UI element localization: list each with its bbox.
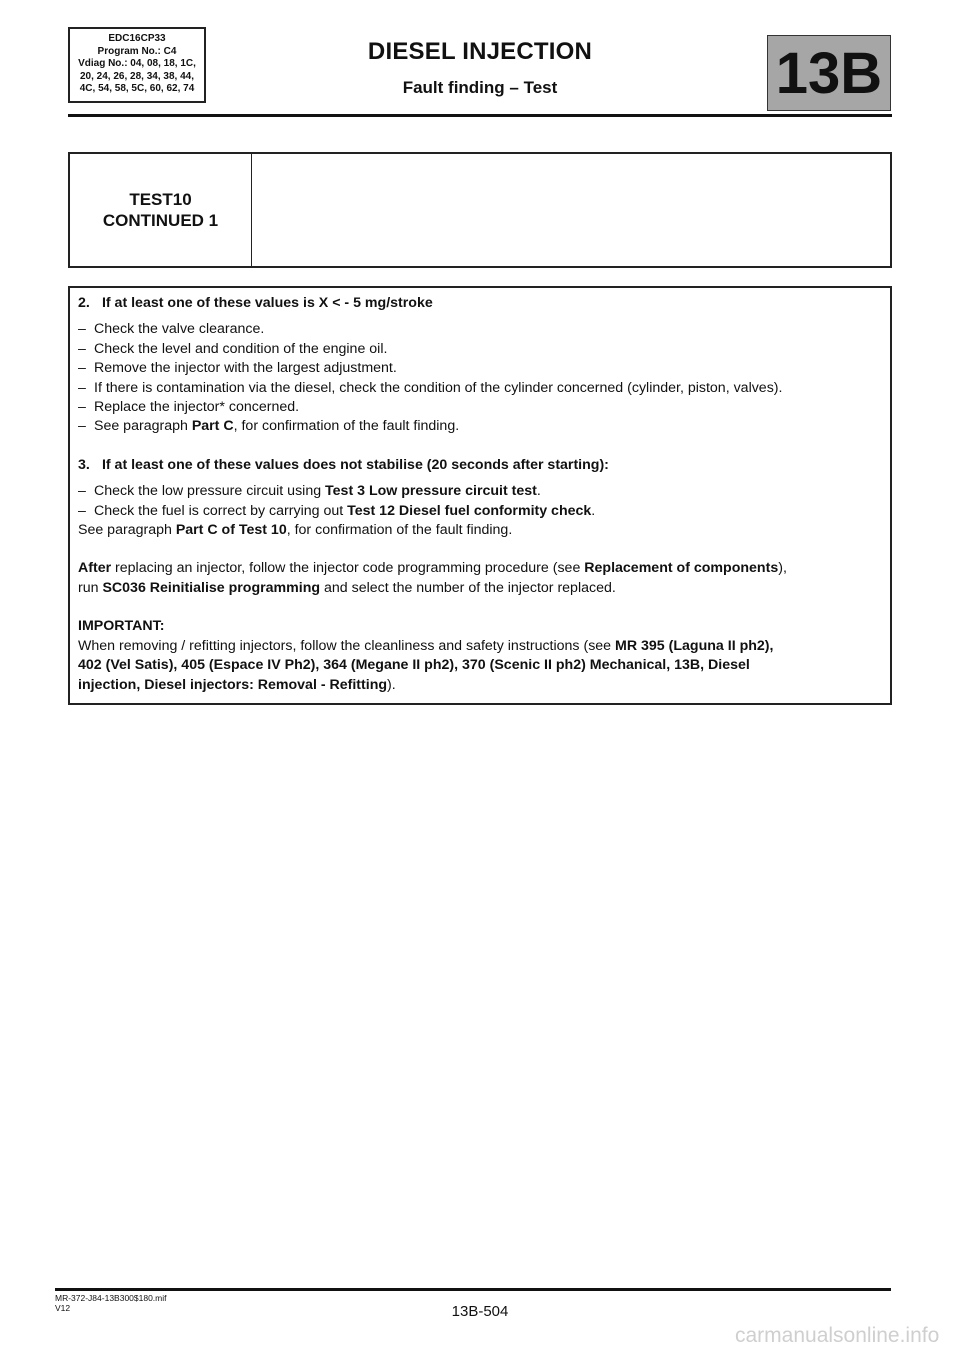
important-text-cont: 402 (Vel Satis), 405 (Espace IV Ph2), 36…: [78, 656, 880, 675]
program-number: Program No.: C4: [70, 46, 204, 59]
section-3-heading: 3. If at least one of these values does …: [78, 456, 880, 475]
vdiag-line-2: 20, 24, 26, 28, 34, 38, 44,: [70, 71, 204, 84]
part-c-reference: Part C: [192, 418, 234, 434]
test-number: TEST10: [129, 189, 191, 210]
instructions-box: 2. If at least one of these values is X …: [68, 286, 892, 705]
list-item: –Check the level and condition of the en…: [78, 340, 880, 359]
header-divider: [68, 114, 892, 117]
source-file: MR-372-J84-13B300$180.mif: [55, 1293, 167, 1303]
vdiag-line-1: Vdiag No.: 04, 08, 18, 1C,: [70, 58, 204, 71]
list-item: –Check the fuel is correct by carrying o…: [78, 502, 880, 521]
list-item: –See paragraph Part C, for confirmation …: [78, 417, 880, 436]
vdiag-line-3: 4C, 54, 58, 5C, 60, 62, 74: [70, 83, 204, 96]
page-title: DIESEL INJECTION: [300, 38, 660, 66]
list-item: –Replace the injector* concerned.: [78, 398, 880, 417]
footer-file-info: MR-372-J84-13B300$180.mif V12: [55, 1293, 167, 1313]
list-item: –If there is contamination via the diese…: [78, 379, 880, 398]
test-12-reference: Test 12 Diesel fuel conformity check: [347, 503, 591, 519]
after-replacement-note-cont: run SC036 Reinitialise programming and s…: [78, 579, 880, 598]
after-replacement-note: After replacing an injector, follow the …: [78, 559, 880, 578]
see-paragraph-note: See paragraph Part C of Test 10, for con…: [78, 521, 880, 540]
sc036-reference: SC036 Reinitialise programming: [102, 580, 320, 596]
part-c-test-10-reference: Part C of Test 10: [176, 522, 287, 538]
test-label: TEST10 CONTINUED 1: [70, 154, 252, 266]
list-item: –Check the valve clearance.: [78, 320, 880, 339]
test-title-box: TEST10 CONTINUED 1: [68, 152, 892, 268]
important-label: IMPORTANT:: [78, 617, 880, 636]
important-text-end: injection, Diesel injectors: Removal - R…: [78, 676, 880, 695]
watermark: carmanualsonline.info: [735, 1324, 939, 1348]
test-continued: CONTINUED 1: [103, 210, 218, 231]
section-2-heading: 2. If at least one of these values is X …: [78, 294, 880, 313]
section-code-badge: 13B: [767, 35, 891, 111]
document-version: V12: [55, 1303, 167, 1313]
important-text: When removing / refitting injectors, fol…: [78, 637, 880, 656]
page-number: 13B-504: [420, 1303, 540, 1320]
page-subtitle: Fault finding – Test: [300, 78, 660, 98]
replacement-components-reference: Replacement of components: [584, 560, 778, 576]
footer-divider: [55, 1288, 891, 1291]
list-item: –Remove the injector with the largest ad…: [78, 359, 880, 378]
test-3-reference: Test 3 Low pressure circuit test: [325, 483, 537, 499]
list-item: –Check the low pressure circuit using Te…: [78, 482, 880, 501]
vehicle-applicability-box: EDC16CP33 Program No.: C4 Vdiag No.: 04,…: [68, 27, 206, 103]
engine-code: EDC16CP33: [70, 33, 204, 46]
test-description-cell: [252, 154, 890, 266]
